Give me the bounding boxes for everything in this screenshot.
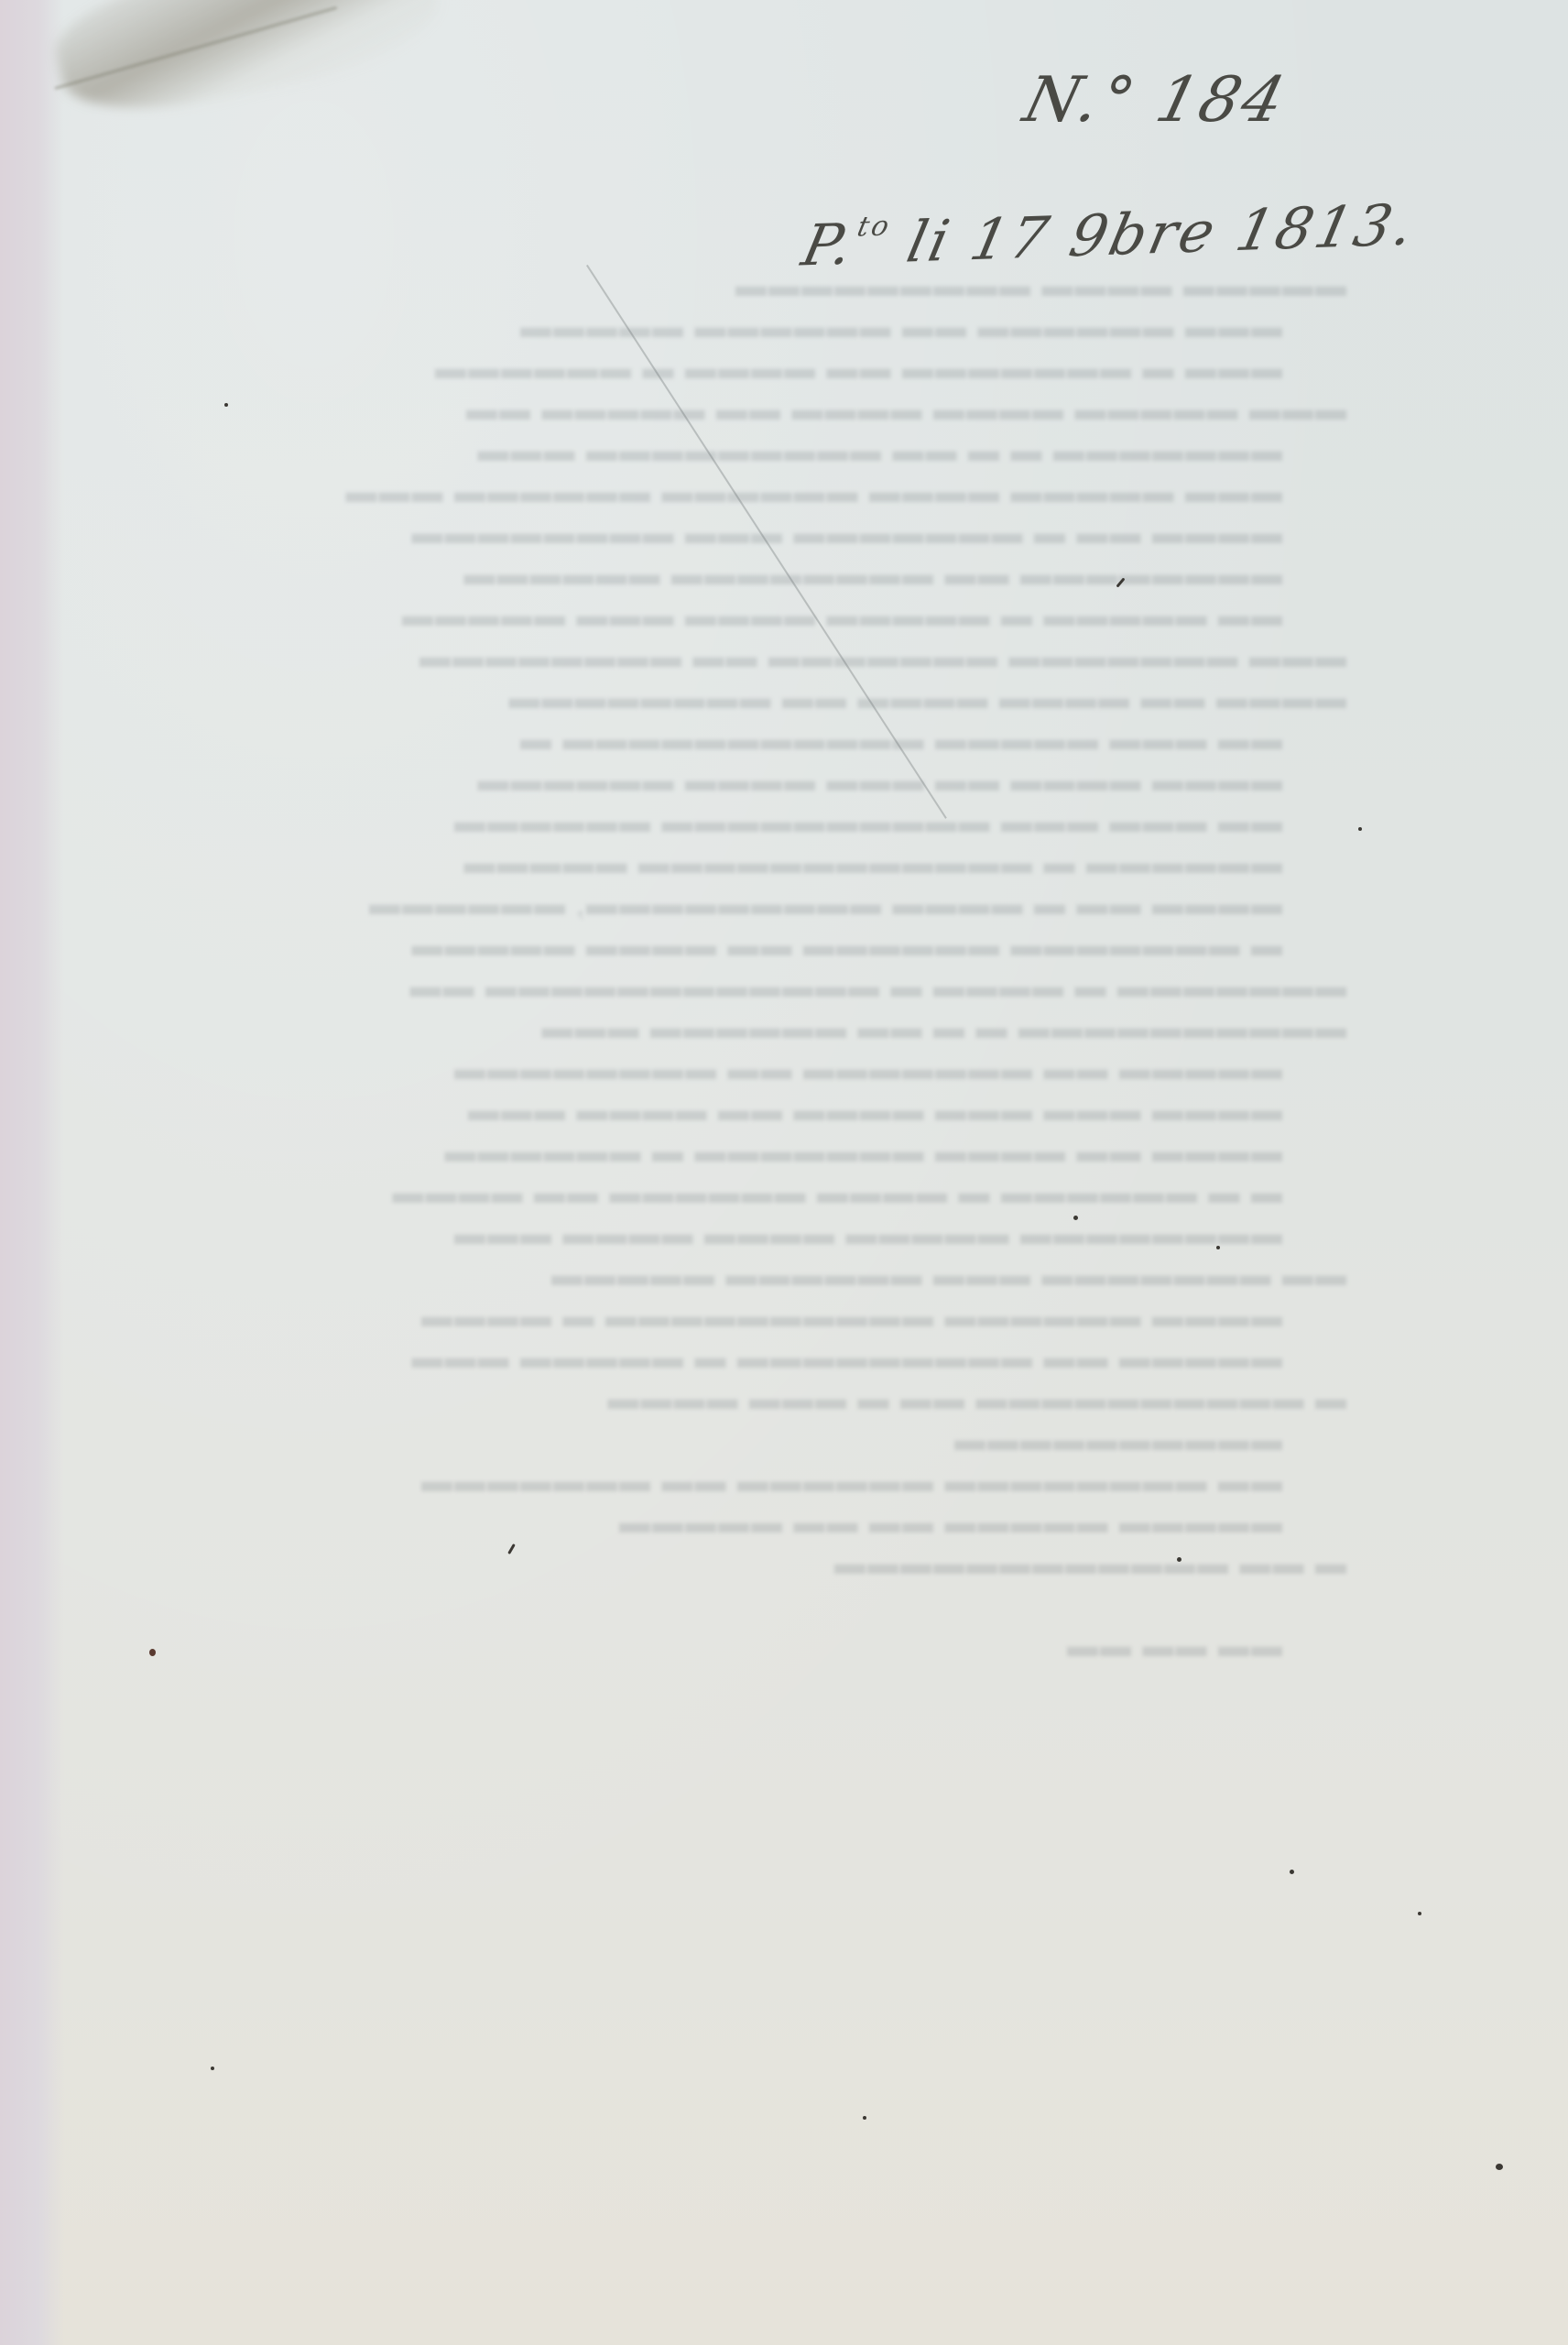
bleed-through-line: ▬▬▬▬▬▬ ▬ ▬▬▬▬▬▬▬▬▬▬▬▬ ▬▬▬▬▬: [247, 843, 1346, 884]
paper-speck: [1177, 1557, 1181, 1562]
bleed-through-line: ▬▬▬▬ ▬▬▬▬ ▬▬ ▬▬▬ ▬▬▬▬ ▬▬▬▬▬▬: [247, 760, 1346, 802]
paper-speck: [1358, 827, 1362, 831]
bleed-through-text: ▬▬▬▬▬ ▬▬▬▬ ▬▬▬▬▬▬▬▬▬▬▬▬ ▬▬▬▬▬▬ ▬▬ ▬▬▬▬▬▬…: [247, 266, 1346, 1667]
bleed-through-line: ▬▬▬▬▬▬▬ ▬ ▬ ▬▬ ▬▬▬▬▬▬▬▬▬ ▬▬▬: [247, 431, 1346, 472]
date-prefix-superscript: to: [855, 210, 895, 243]
paper-speck: [863, 2116, 866, 2120]
reference-number-text: N.° 184: [1017, 64, 1294, 136]
bleed-through-line: ▬▬▬▬ ▬▬▬▬▬▬ ▬▬▬▬▬▬▬▬▬▬ ▬ ▬▬▬▬: [247, 1296, 1346, 1337]
paper-speck: [1073, 1216, 1078, 1220]
bleed-through-line: ▬ ▬▬▬▬▬▬▬▬▬▬ ▬▬ ▬ ▬▬▬ ▬▬▬▬: [247, 1379, 1346, 1420]
bleed-through-line: ▬▬▬▬▬▬▬▬ ▬▬ ▬▬▬▬▬▬▬▬ ▬▬▬▬▬▬: [247, 554, 1346, 595]
bleed-through-line: ▬▬▬▬ ▬▬ ▬ ▬▬▬▬▬▬▬ ▬▬▬ ▬▬▬▬▬▬▬▬: [247, 513, 1346, 554]
paper-speck: [1418, 1912, 1421, 1915]
bleed-through-line: ▬ ▬▬▬▬▬▬▬ ▬▬▬▬▬▬ ▬▬ ▬▬▬▬ ▬▬▬▬▬: [247, 925, 1346, 966]
bleed-through-line: ▬ ▬ ▬▬▬▬▬▬ ▬ ▬▬▬▬ ▬▬▬▬▬▬ ▬▬ ▬▬▬▬: [247, 1172, 1346, 1214]
bleed-through-line: ▬▬▬▬▬▬▬▬ ▬▬▬▬▬ ▬▬▬▬ ▬▬▬▬ ▬▬▬: [247, 1214, 1346, 1255]
bleed-through-line: ▬▬▬▬▬▬▬ ▬ ▬▬▬▬ ▬ ▬▬▬▬▬▬▬▬▬▬▬▬ ▬▬: [247, 966, 1346, 1008]
bleed-through-line: ▬▬ ▬▬▬ ▬▬▬ ▬▬▬▬▬▬▬▬▬▬ ▬▬▬▬▬▬: [247, 802, 1346, 843]
bleed-through-line: ▬▬▬ ▬▬▬▬▬▬▬ ▬▬▬▬▬▬▬ ▬▬ ▬▬▬▬▬▬▬▬: [247, 637, 1346, 678]
bleed-through-line: ▬▬ ▬▬▬▬▬▬▬ ▬▬▬ ▬▬▬▬▬▬ ▬▬▬▬▬: [247, 1255, 1346, 1296]
bleed-through-line: ▬▬ ▬▬▬▬▬ ▬ ▬▬▬▬▬ ▬▬▬▬ ▬▬▬ ▬▬▬▬▬: [247, 595, 1346, 637]
binding-edge: [0, 0, 64, 2345]
bleed-through-line: ▬▬▬▬▬▬▬▬▬▬: [247, 1420, 1346, 1461]
handwritten-reference-number: N.° 184: [1017, 64, 1294, 136]
paper-speck: [211, 2067, 214, 2070]
date-prefix: P.: [796, 211, 861, 279]
bleed-through-line: ▬▬ ▬▬▬ ▬▬▬▬▬ ▬▬▬▬▬▬▬▬▬▬▬ ▬: [247, 719, 1346, 760]
bleed-through-line: [247, 1585, 1346, 1626]
corner-stain: [46, 0, 449, 130]
scanned-page: ▬▬▬▬▬ ▬▬▬▬ ▬▬▬▬▬▬▬▬▬▬▬▬ ▬▬▬▬▬▬ ▬▬ ▬▬▬▬▬▬…: [0, 0, 1568, 2345]
paper-speck: [1290, 1870, 1294, 1874]
paper-speck: [224, 403, 228, 407]
bleed-through-line: ▬▬▬▬▬ ▬▬ ▬▬▬▬▬▬▬ ▬▬ ▬▬▬▬▬▬▬▬: [247, 1049, 1346, 1090]
bleed-through-line: ▬▬▬▬▬▬▬▬▬▬ ▬ ▬ ▬▬ ▬▬▬▬▬▬ ▬▬▬: [247, 1008, 1346, 1049]
bleed-through-line: ▬▬▬▬▬ ▬▬ ▬▬▬▬▬▬▬▬▬ ▬ ▬▬▬▬▬ ▬▬▬: [247, 1337, 1346, 1379]
paper-speck: [1216, 1246, 1220, 1249]
bleed-through-line: ▬▬▬▬▬ ▬▬▬▬▬ ▬▬ ▬▬ ▬▬▬▬▬: [247, 1502, 1346, 1543]
bleed-through-line: ▬▬▬▬ ▬▬ ▬▬▬▬ ▬▬▬▬▬▬▬ ▬ ▬▬▬▬▬▬: [247, 1131, 1346, 1172]
bleed-through-line: ▬▬ ▬▬▬▬▬▬▬▬ ▬▬▬▬▬▬ ▬▬ ▬▬▬▬▬▬▬: [247, 1461, 1346, 1502]
bleed-through-line: ▬▬ ▬▬ ▬▬: [247, 1626, 1346, 1667]
bleed-through-line: ▬▬▬ ▬ ▬▬▬▬▬▬▬ ▬▬ ▬▬▬▬ ▬ ▬▬▬▬▬▬: [247, 348, 1346, 389]
bleed-through-line: ▬ ▬▬ ▬▬▬▬▬▬▬▬▬▬▬▬: [247, 1543, 1346, 1585]
bleed-through-line: ▬▬▬▬ ▬▬ ▬▬▬▬ ▬▬▬▬ ▬▬ ▬▬▬▬▬▬▬▬: [247, 678, 1346, 719]
paper-speck: [1496, 2164, 1503, 2170]
bleed-through-line: ▬▬▬▬ ▬▬ ▬ ▬▬▬▬ ▬▬▬▬▬▬▬▬▬, ▬▬▬▬▬▬: [247, 884, 1346, 925]
bleed-through-line: ▬▬▬ ▬▬▬▬▬ ▬▬▬▬ ▬▬▬▬ ▬▬ ▬▬▬▬▬ ▬▬: [247, 389, 1346, 431]
bleed-through-line: ▬▬▬ ▬▬▬▬▬▬ ▬▬ ▬▬▬▬▬▬ ▬▬▬▬▬: [247, 307, 1346, 348]
bleed-through-line: ▬▬▬ ▬▬▬▬▬ ▬▬▬▬ ▬▬▬▬▬▬ ▬▬▬▬▬▬ ▬▬▬: [247, 472, 1346, 513]
paper-speck: [149, 1649, 156, 1656]
bleed-through-line: ▬▬▬▬ ▬▬▬ ▬▬▬ ▬▬▬▬ ▬▬ ▬▬▬▬ ▬▬▬: [247, 1090, 1346, 1131]
date-text: li 17 9bre 1813.: [901, 191, 1422, 275]
